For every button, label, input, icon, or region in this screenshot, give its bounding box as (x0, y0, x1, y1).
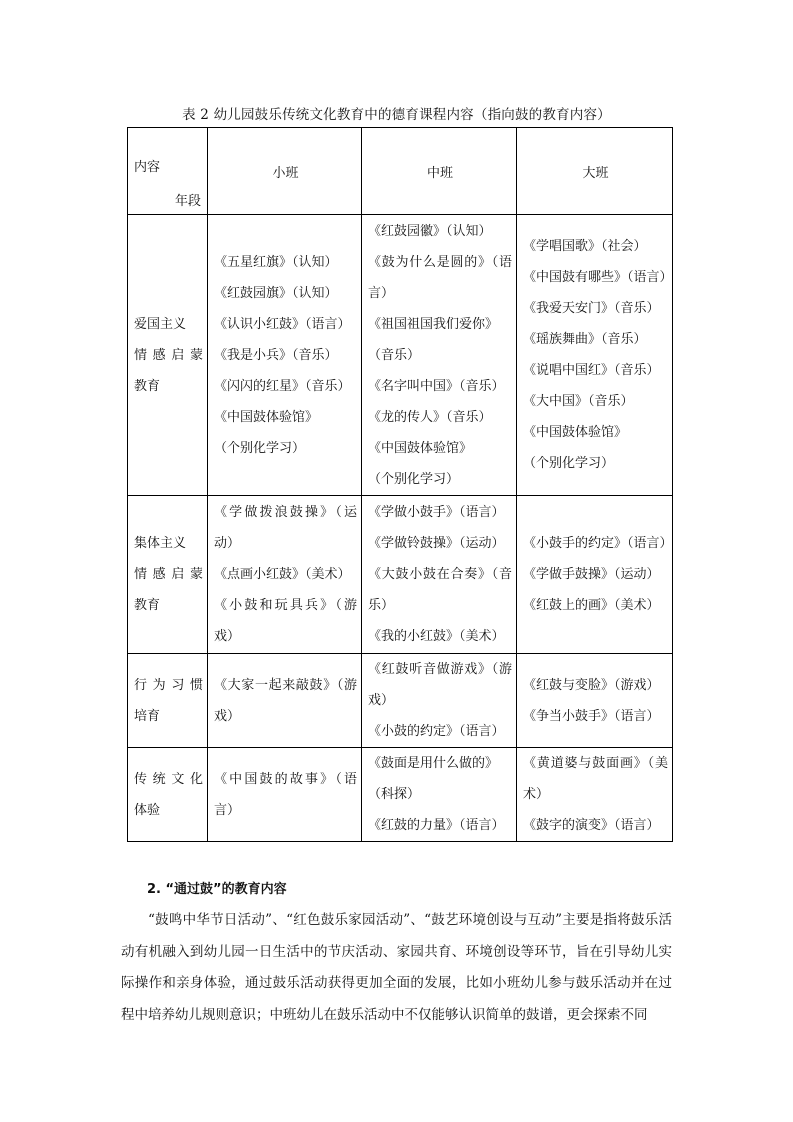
course-item: 《点画小红鼓》（美术） (214, 559, 357, 590)
course-item: 《中国鼓的故事》（语言） (214, 764, 357, 826)
course-item: 《红鼓的力量》（语言） (368, 810, 512, 841)
cell-small: 《中国鼓的故事》（语言） (208, 748, 362, 842)
course-item: 《大鼓小鼓在合奏》（音乐） (368, 559, 512, 621)
cell-middle: 《红鼓园徽》（认知） 《鼓为什么是圆的》（语言） 《祖国祖国我们爱你》 （音乐）… (362, 215, 517, 496)
course-item: 《红鼓园徽》（认知） (368, 216, 512, 247)
row-header-patriotism: 爱国主义 情感启蒙 教育 (128, 215, 208, 496)
corner-grade-label: 年段 (175, 190, 201, 209)
cell-small: 《大家一起来敲鼓》（游戏） (208, 654, 362, 748)
course-item: 《大家一起来敲鼓》（游戏） (214, 670, 357, 732)
course-item: 《小鼓的约定》（语言） (368, 716, 512, 747)
course-item: 《我爱天安门》（音乐） (523, 293, 668, 324)
course-item: 《中国鼓有哪些》（语言） (523, 262, 668, 293)
course-item: 《学做手鼓操》（运动） (523, 559, 668, 590)
course-item: 《红鼓听音做游戏》（游戏） (368, 654, 512, 716)
column-header-large: 大班 (517, 128, 673, 215)
table-row: 爱国主义 情感启蒙 教育 《五星红旗》（认知） 《红鼓园旗》（认知） 《认识小红… (128, 215, 673, 496)
cell-large: 《黄道婆与鼓面画》（美术） 《鼓字的演变》（语言） (517, 748, 673, 842)
cell-middle: 《鼓面是用什么做的》 （科探） 《红鼓的力量》（语言） (362, 748, 517, 842)
row-label-line: 培育 (134, 701, 203, 732)
row-label-line: 情感启蒙 (134, 559, 203, 590)
row-header-collectivism: 集体主义 情感启蒙 教育 (128, 496, 208, 654)
course-item: 《鼓为什么是圆的》（语言） (368, 247, 512, 309)
row-header-traditional-culture: 传统文化 体验 (128, 748, 208, 842)
course-item: 《瑶族舞曲》（音乐） (523, 324, 668, 355)
course-item: 《小鼓手的约定》（语言） (523, 528, 668, 559)
row-header-behavior-habits: 行为习惯 培育 (128, 654, 208, 748)
cell-large: 《学唱国歌》（社会） 《中国鼓有哪些》（语言） 《我爱天安门》（音乐） 《瑶族舞… (517, 215, 673, 496)
row-label-line: 情感启蒙 (134, 340, 203, 371)
course-item: 《祖国祖国我们爱你》 (368, 309, 512, 340)
table-row: 行为习惯 培育 《大家一起来敲鼓》（游戏） 《红鼓听音做游戏》（游戏） 《小鼓的… (128, 654, 673, 748)
course-item: 《我是小兵》（音乐） (214, 340, 357, 371)
cell-small: 《五星红旗》（认知） 《红鼓园旗》（认知） 《认识小红鼓》（语言） 《我是小兵》… (208, 215, 362, 496)
row-label-line: 行为习惯 (134, 670, 203, 701)
course-item: 《中国鼓体验馆》 (523, 417, 668, 448)
course-item: 《五星红旗》（认知） (214, 247, 357, 278)
course-item: （个别化学习） (368, 464, 512, 495)
course-item: 《学做铃鼓操》（运动） (368, 528, 512, 559)
course-item: 《大中国》（音乐） (523, 386, 668, 417)
course-item: 《红鼓园旗》（认知） (214, 278, 357, 309)
course-item: （音乐） (368, 340, 512, 371)
section-heading: 2. “通过鼓”的教育内容 (147, 878, 698, 897)
body-paragraph: “鼓鸣中华节日活动”、“红色鼓乐家园活动”、“鼓艺环境创设与互动”主要是指将鼓乐… (121, 905, 672, 1031)
course-item: 《闪闪的红星》（音乐） (214, 371, 357, 402)
course-item: 《鼓面是用什么做的》 (368, 748, 512, 779)
course-item: 《学做拨浪鼓操》（运动） (214, 497, 357, 559)
table-header-row: 内容 年段 小班 中班 大班 (128, 128, 673, 215)
row-label-line: 爱国主义 (134, 309, 203, 340)
table-caption: 表 2 幼儿园鼓乐传统文化教育中的德育课程内容（指向鼓的教育内容） (0, 103, 793, 123)
course-item: 《红鼓与变脸》（游戏） (523, 670, 668, 701)
corner-content-label: 内容 (134, 156, 160, 175)
course-item: 《红鼓上的画》（美术） (523, 590, 668, 621)
course-item: 《学唱国歌》（社会） (523, 231, 668, 262)
course-item: 《说唱中国红》（音乐） (523, 355, 668, 386)
row-label-line: 教育 (134, 371, 203, 402)
course-item: 《中国鼓体验馆》 (368, 433, 512, 464)
course-item: 《认识小红鼓》（语言） (214, 309, 357, 340)
cell-middle: 《学做小鼓手》（语言） 《学做铃鼓操》（运动） 《大鼓小鼓在合奏》（音乐） 《我… (362, 496, 517, 654)
course-item: 《争当小鼓手》（语言） (523, 701, 668, 732)
course-item: 《龙的传人》（音乐） (368, 402, 512, 433)
row-label-line: 传统文化 (134, 764, 203, 795)
row-label-line: 体验 (134, 795, 203, 826)
curriculum-table: 内容 年段 小班 中班 大班 爱国主义 情感启蒙 教育 《五星红旗》（认知） 《… (127, 127, 673, 842)
course-item: （科探） (368, 779, 512, 810)
cell-large: 《小鼓手的约定》（语言） 《学做手鼓操》（运动） 《红鼓上的画》（美术） (517, 496, 673, 654)
course-item: 《中国鼓体验馆》 (214, 402, 357, 433)
table-row: 传统文化 体验 《中国鼓的故事》（语言） 《鼓面是用什么做的》 （科探） 《红鼓… (128, 748, 673, 842)
course-item: 《名字叫中国》（音乐） (368, 371, 512, 402)
cell-large: 《红鼓与变脸》（游戏） 《争当小鼓手》（语言） (517, 654, 673, 748)
course-item: 《学做小鼓手》（语言） (368, 497, 512, 528)
cell-middle: 《红鼓听音做游戏》（游戏） 《小鼓的约定》（语言） (362, 654, 517, 748)
course-item: （个别化学习） (523, 448, 668, 479)
course-item: 《黄道婆与鼓面画》（美术） (523, 748, 668, 810)
course-item: 《小鼓和玩具兵》（游戏） (214, 590, 357, 652)
column-header-middle: 中班 (362, 128, 517, 215)
column-header-small: 小班 (208, 128, 362, 215)
corner-header-cell: 内容 年段 (128, 128, 208, 215)
course-item: （个别化学习） (214, 433, 357, 464)
row-label-line: 集体主义 (134, 528, 203, 559)
cell-small: 《学做拨浪鼓操》（运动） 《点画小红鼓》（美术） 《小鼓和玩具兵》（游戏） (208, 496, 362, 654)
table-row: 集体主义 情感启蒙 教育 《学做拨浪鼓操》（运动） 《点画小红鼓》（美术） 《小… (128, 496, 673, 654)
course-item: 《我的小红鼓》（美术） (368, 621, 512, 652)
course-item: 《鼓字的演变》（语言） (523, 810, 668, 841)
row-label-line: 教育 (134, 590, 203, 621)
